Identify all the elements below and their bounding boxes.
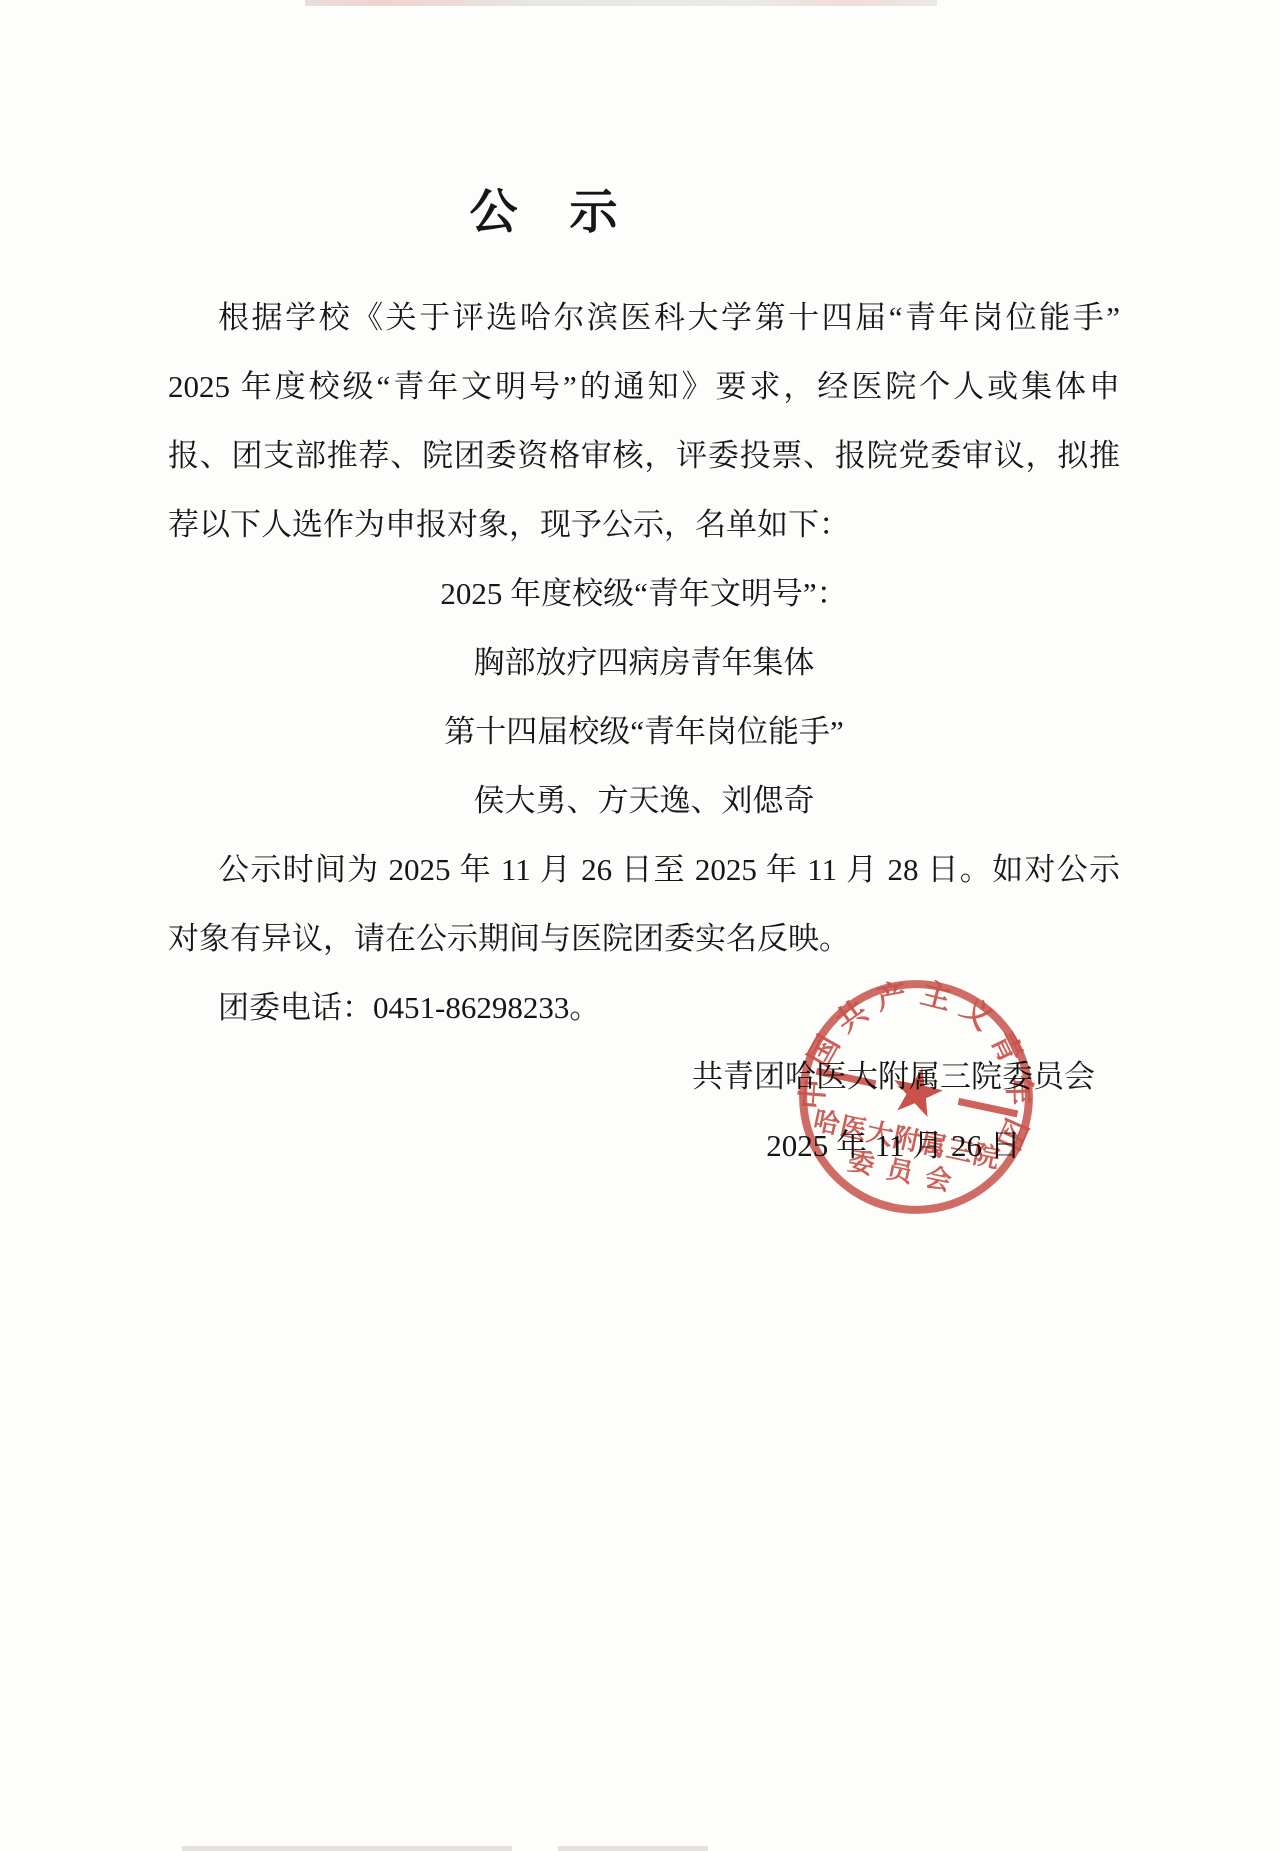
announcement-document: 公 示 根据学校《关于评选哈尔滨医科大学第十四届“青年岗位能手” 2025 年度… [0,0,1279,1851]
bottom-scan-artifact [182,1846,512,1851]
document-title: 公 示 [0,0,1184,240]
paragraph1-line: 荐以下人选作为申报对象，现予公示，名单如下： [168,490,1120,559]
signature-org: 共青团哈医大附属三院委员会 [692,1042,1095,1111]
contact-phone-line: 团委电话：0451-86298233。 [168,973,1120,1042]
paragraph1-line: 2025 年度校级“青年文明号”的通知》要求，经医院个人或集体申 [168,352,1120,421]
paragraph1-line: 报、团支部推荐、院团委资格审核，评委投票、报院党委审议，拟推 [168,421,1120,490]
paragraph2-line: 对象有异议，请在公示期间与医院团委实名反映。 [168,904,1120,973]
award-winner: 胸部放疗四病房青年集体 [168,628,1120,697]
signature-block: 共青团哈医大附属三院委员会 2025 年 11 月 26 日 [692,1042,1095,1180]
paragraph1-line: 根据学校《关于评选哈尔滨医科大学第十四届“青年岗位能手” [168,283,1120,352]
award-winner: 侯大勇、方天逸、刘偲奇 [168,766,1120,835]
signature-date: 2025 年 11 月 26 日 [692,1111,1095,1180]
award-category-title: 2025 年度校级“青年文明号”： [168,559,1120,628]
bottom-scan-artifact [558,1846,708,1851]
document-body: 根据学校《关于评选哈尔滨医科大学第十四届“青年岗位能手” 2025 年度校级“青… [168,283,1120,1180]
paragraph2-line: 公示时间为 2025 年 11 月 26 日至 2025 年 11 月 28 日… [168,835,1120,904]
award-category-title: 第十四届校级“青年岗位能手” [168,697,1120,766]
